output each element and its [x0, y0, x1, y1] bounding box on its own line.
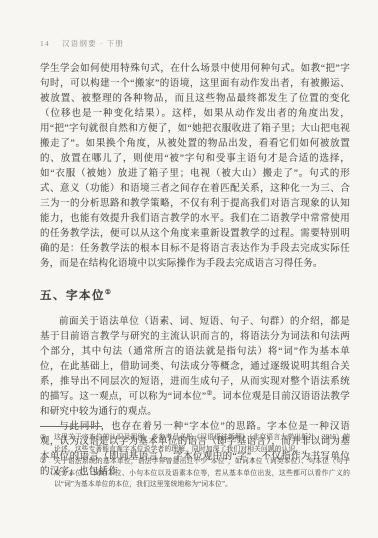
- footnotes-block: ① 这里关于字本位的认识及用例，多参考吕必松《汉语语法新解》（北京语言大学出版社…: [40, 426, 350, 492]
- footnote-text: 关于语法系统的基本单位，语法学界曾提出过不少“本位”，如词本位（词类本位）、句本…: [54, 456, 350, 491]
- footnote: ① 这里关于字本位的认识及用例，多参考吕必松《汉语语法新解》（北京语言大学出版社…: [40, 432, 350, 455]
- footnote-marker: ②: [40, 456, 54, 491]
- page-number: 14: [40, 39, 50, 48]
- footnote-marker: ①: [40, 432, 54, 455]
- paragraph-text: 前面关于语法单位（语素、词、短语、句子、句群）的介绍，都是基于目前语言教学与研究…: [40, 317, 350, 402]
- section-heading: 五、字本位①: [40, 289, 350, 304]
- paragraph-continued: 学生学会如何使用特殊句式，在什么场景中使用何种句式。如教“把”字句时，可以构建一…: [40, 62, 350, 272]
- footnote-separator: [40, 426, 102, 427]
- book-page: 14 汉语纲要 · 下册 学生学会如何使用特殊句式，在什么场景中使用何种句式。如…: [0, 0, 378, 538]
- footnote-ref-1: ①: [105, 289, 111, 296]
- section-heading-text: 五、字本位: [40, 290, 105, 302]
- footnote-text: 这里关于字本位的认识及用例，多参考吕必松《汉语语法新解》（北京语言大学出版社，2…: [54, 432, 350, 455]
- book-title: 汉语纲要 · 下册: [62, 39, 124, 48]
- page-body: 学生学会如何使用特殊句式，在什么场景中使用何种句式。如教“把”字句时，可以构建一…: [40, 62, 350, 480]
- running-head: 14 汉语纲要 · 下册: [40, 38, 350, 49]
- footnote: ② 关于语法系统的基本单位，语法学界曾提出过不少“本位”，如词本位（词类本位）、…: [40, 456, 350, 491]
- paragraph: 前面关于语法单位（语素、词、短语、句子、句群）的介绍，都是基于目前语言教学与研究…: [40, 315, 350, 420]
